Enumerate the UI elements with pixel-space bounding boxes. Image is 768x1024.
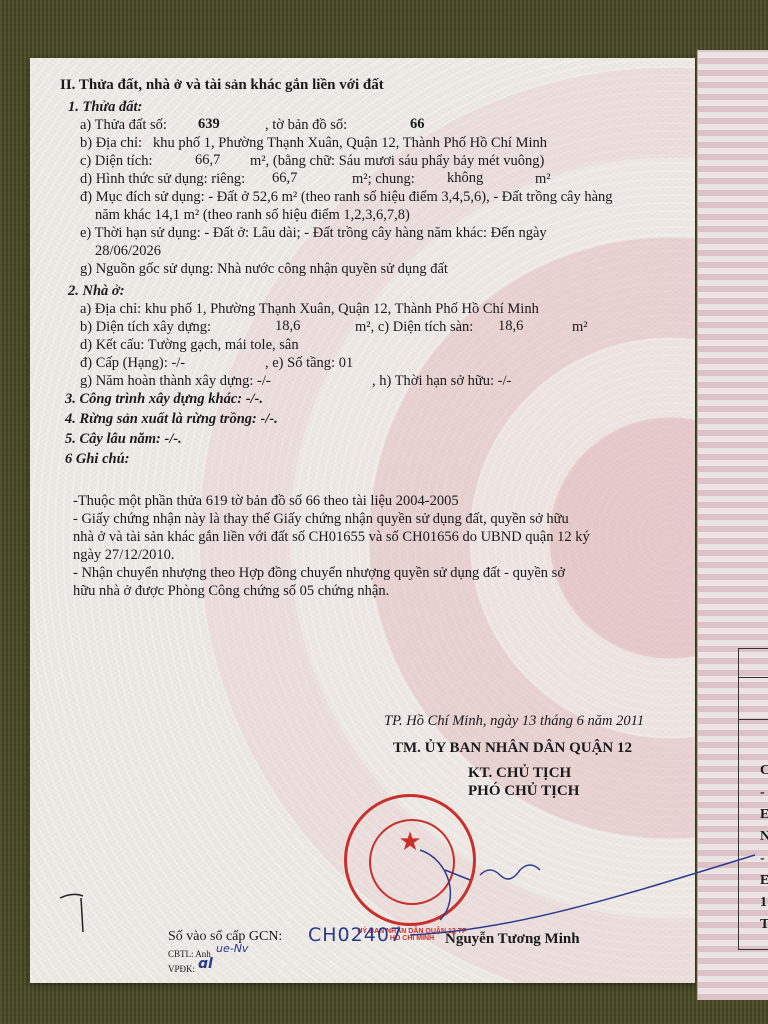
shared-area: không	[447, 170, 483, 187]
floor-count: , e) Số tầng: 01	[265, 354, 353, 372]
registry-number: CH02407	[308, 924, 403, 946]
signer-title-2: PHÓ CHỦ TỊCH	[468, 782, 579, 800]
floor-area: 18,6	[498, 318, 523, 335]
letter: -	[760, 848, 768, 870]
table-divider	[739, 677, 768, 678]
adjacent-page-text: C - E N - E 1 T	[760, 760, 768, 936]
other-works: 3. Công trình xây dựng khác: -/-.	[65, 390, 263, 408]
map-sheet-number: 66	[410, 116, 425, 133]
production-forest: 4. Rừng sản xuất là rừng trồng: -/-.	[65, 410, 278, 428]
map-sheet-label: , tờ bản đồ số:	[265, 116, 347, 134]
note-line: - Giấy chứng nhận này là thay thế Giấy c…	[73, 510, 569, 528]
land-address-label: b) Địa chỉ:	[80, 134, 142, 152]
floor-area-label: m², c) Diện tích sàn:	[355, 318, 473, 336]
letter: E	[760, 870, 768, 892]
ownership-term: , h) Thời hạn sở hữu: -/-	[372, 372, 511, 390]
usage-purpose-cont: năm khác 14,1 m² (theo ranh số hiệu điểm…	[95, 206, 410, 224]
private-area: 66,7	[272, 170, 297, 187]
area-value: 66,7	[195, 152, 220, 169]
area-in-words: m², (bằng chữ: Sáu mươi sáu phẩy bảy mét…	[250, 152, 544, 170]
letter: N	[760, 826, 768, 848]
vpdk-label: VPĐK:	[168, 960, 195, 978]
land-heading: 1. Thửa đất:	[68, 98, 142, 116]
usage-origin: g) Nguồn gốc sử dụng: Nhà nước công nhận…	[80, 260, 448, 278]
house-address: a) Địa chỉ: khu phố 1, Phường Thạnh Xuân…	[80, 300, 539, 318]
issuing-authority: TM. ỦY BAN NHÂN DÂN QUẬN 12	[393, 739, 632, 757]
parcel-number-label: a) Thửa đất số:	[80, 116, 167, 134]
cbtl-initials: ue-Nv	[216, 942, 248, 955]
signer-title-1: KT. CHỦ TỊCH	[468, 764, 571, 782]
letter: -	[760, 782, 768, 804]
construction-area: 18,6	[275, 318, 300, 335]
usage-purpose: đ) Mục đích sử dụng: - Đất ở 52,6 m² (th…	[80, 188, 613, 206]
area-label: c) Diện tích:	[80, 152, 152, 170]
usage-term: e) Thời hạn sử dụng: - Đất ở: Lâu dài; -…	[80, 224, 547, 242]
letter: E	[760, 804, 768, 826]
perennial-trees: 5. Cây lâu năm: -/-.	[65, 430, 182, 448]
issue-date: TP. Hồ Chí Minh, ngày 13 tháng 6 năm 201…	[384, 712, 644, 730]
section-title: II. Thửa đất, nhà ở và tài sản khác gắn …	[60, 76, 384, 94]
letter: T	[760, 914, 768, 936]
land-address: khu phố 1, Phường Thạnh Xuân, Quận 12, T…	[153, 134, 547, 152]
note-line: -Thuộc một phần thửa 619 tờ bản đồ số 66…	[73, 492, 459, 510]
usage-form-label: d) Hình thức sử dụng: riêng:	[80, 170, 245, 188]
usage-term-date: 28/06/2026	[95, 242, 161, 260]
house-grade: đ) Cấp (Hạng): -/-	[80, 354, 185, 372]
note-line: nhà ở và tài sản khác gắn liền với đất s…	[73, 528, 590, 546]
note-line: hữu nhà ở được Phòng Công chứng số 05 ch…	[73, 582, 389, 600]
table-divider	[739, 719, 768, 720]
letter: 1	[760, 892, 768, 914]
completion-year: g) Năm hoàn thành xây dựng: -/-	[80, 372, 271, 390]
note-line: - Nhận chuyển nhượng theo Hợp đồng chuyể…	[73, 564, 565, 582]
shared-area-unit: m²	[535, 170, 551, 188]
construction-area-label: b) Diện tích xây dựng:	[80, 318, 211, 336]
parcel-number: 639	[198, 116, 220, 133]
note-line: ngày 27/12/2010.	[73, 546, 175, 564]
signer-name: Nguyễn Tương Minh	[445, 930, 580, 948]
shared-area-label: m²; chung:	[352, 170, 415, 188]
vpdk-initials: ɑl	[198, 956, 213, 972]
floor-area-unit: m²	[572, 318, 588, 336]
notes-heading: 6 Ghi chú:	[65, 450, 129, 468]
handwritten-mark	[55, 890, 95, 940]
house-structure: d) Kết cấu: Tường gạch, mái tole, sân	[80, 336, 299, 354]
letter: C	[760, 760, 768, 782]
house-heading: 2. Nhà ở:	[68, 282, 125, 300]
signature-stroke	[400, 840, 760, 940]
